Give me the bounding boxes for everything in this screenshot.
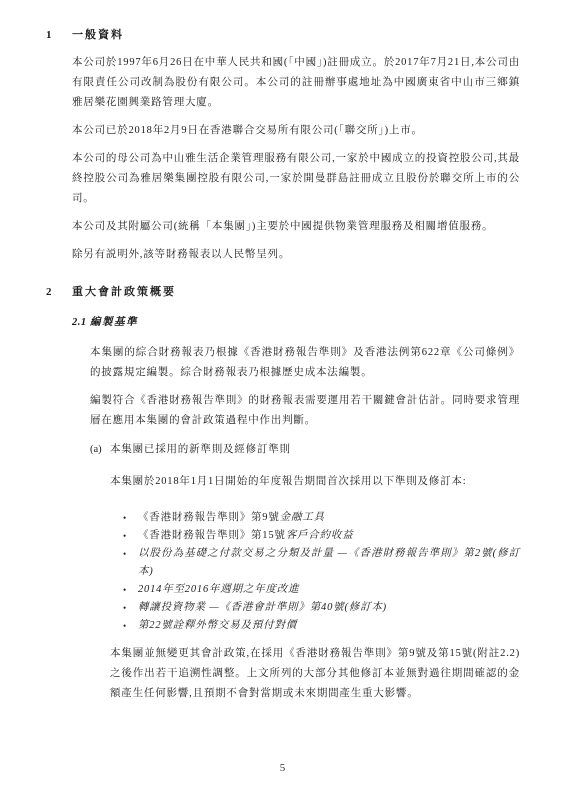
paragraph-incorporation: 本公司於1997年6月26日在中華人民共和國(「中國」)註冊成立。於2017年7… — [72, 53, 520, 113]
subsection-2-1-heading: 2.1 編製基準 — [72, 313, 520, 333]
paragraph-principal-activities: 本公司及其附屬公司(統稱「本集團」)主要於中國提供物業管理服務及相關增值服務。 — [72, 217, 520, 237]
bullet-icon: • — [123, 617, 138, 635]
bullet-icon: • — [123, 599, 138, 617]
list-item: • 以股份為基礎之付款交易之分類及計量 —《香港財務報告準則》第2號(修訂本) — [110, 545, 520, 581]
subsection-2-1-body: 本集團的綜合財務報表乃根據《香港財務報告準則》及香港法例第622章《公司條例》的… — [90, 343, 520, 431]
section-2-heading: 2 重大會計政策概要 — [46, 282, 520, 302]
section-1-heading: 1 一般資料 — [46, 25, 520, 45]
section-1-title: 一般資料 — [72, 25, 124, 45]
section-1-number: 1 — [46, 25, 72, 45]
item-a-title: 本集團已採用的新準則及經修訂準則 — [110, 440, 291, 460]
list-item: • 轉讓投資物業 —《香港會計準則》第40號(修訂本) — [110, 599, 520, 617]
subsection-2-1-number: 2.1 — [72, 313, 90, 333]
paragraph-listing: 本公司已於2018年2月9日在香港聯合交易所有限公司(「聯交所」)上市。 — [72, 121, 520, 141]
page-number: 5 — [0, 758, 565, 778]
item-a-body: 本集團於2018年1月1日開始的年度報告期間首次採用以下準則及修訂本: • 《香… — [110, 472, 520, 704]
financial-notes-page: 1 一般資料 本公司於1997年6月26日在中華人民共和國(「中國」)註冊成立。… — [0, 0, 565, 800]
section-2-number: 2 — [46, 282, 72, 302]
section-2-title: 重大會計政策概要 — [72, 282, 176, 302]
subsection-2-1-title: 編製基準 — [90, 313, 138, 333]
standard-title: 轉讓投資物業 —《香港會計準則》第40號(修訂本) — [138, 602, 387, 613]
list-item: • 《香港財務報告準則》第15號客戶合約收益 — [110, 527, 520, 545]
list-item: • 《香港財務報告準則》第9號金融工具 — [110, 509, 520, 527]
paragraph-adoption-impact: 本集團並無變更其會計政策,在採用《香港財務報告準則》第9號及第15號(附註2.2… — [110, 644, 520, 704]
bullet-icon: • — [123, 581, 138, 599]
standard-title: 金融工具 — [280, 512, 325, 523]
paragraph-estimates-judgement: 編製符合《香港財務報告準則》的財務報表需要運用若干關鍵會計估計。同時要求管理層在… — [90, 391, 520, 431]
item-a-heading: (a) 本集團已採用的新準則及經修訂準則 — [90, 440, 520, 460]
bullet-icon: • — [123, 509, 138, 527]
standard-title: 第22號詮釋外幣交易及預付對價 — [138, 620, 297, 631]
paragraph-parent-company: 本公司的母公司為中山雅生活企業管理服務有限公司,一家於中國成立的投資控股公司,其… — [72, 149, 520, 209]
standard-ref: 《香港財務報告準則》第9號 — [138, 512, 280, 523]
section-1-body: 本公司於1997年6月26日在中華人民共和國(「中國」)註冊成立。於2017年7… — [72, 53, 520, 265]
list-item: • 2014年至2016年週期之年度改進 — [110, 581, 520, 599]
standard-title: 2014年至2016年週期之年度改進 — [138, 584, 299, 595]
bullet-icon: • — [123, 527, 138, 545]
standards-list: • 《香港財務報告準則》第9號金融工具 • 《香港財務報告準則》第15號客戶合約… — [110, 509, 520, 635]
standard-ref: 《香港財務報告準則》第15號 — [138, 530, 286, 541]
paragraph-basis-of-preparation: 本集團的綜合財務報表乃根據《香港財務報告準則》及香港法例第622章《公司條例》的… — [90, 343, 520, 383]
standard-title: 以股份為基礎之付款交易之分類及計量 —《香港財務報告準則》第2號(修訂本) — [138, 548, 520, 577]
paragraph-presentation-currency: 除另有説明外,該等財務報表以人民幣呈列。 — [72, 245, 520, 265]
standard-title: 客戶合約收益 — [286, 530, 354, 541]
item-a-label: (a) — [90, 440, 110, 460]
bullet-icon: • — [123, 545, 138, 581]
list-item: • 第22號詮釋外幣交易及預付對價 — [110, 617, 520, 635]
paragraph-standards-intro: 本集團於2018年1月1日開始的年度報告期間首次採用以下準則及修訂本: — [110, 472, 520, 492]
